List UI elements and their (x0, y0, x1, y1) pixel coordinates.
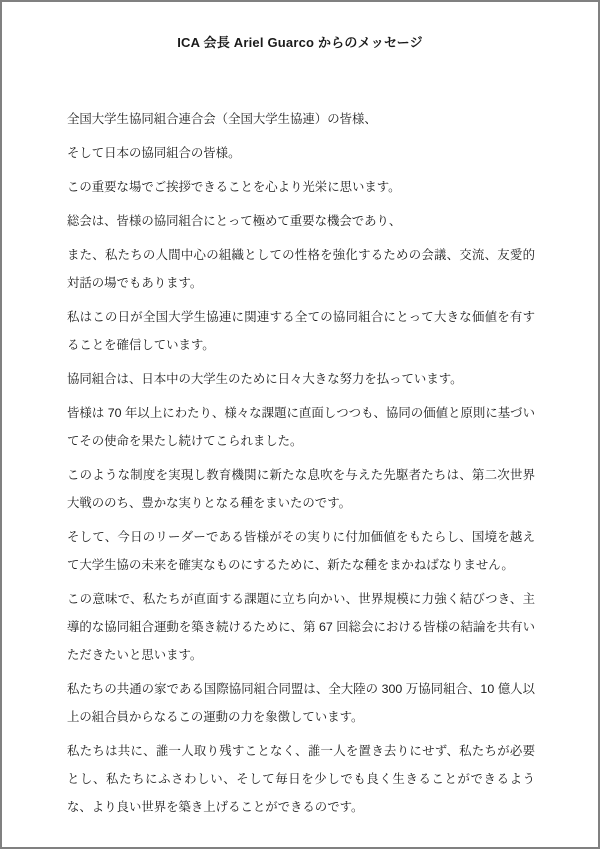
paragraph: 総会は、皆様の協同組合にとって極めて重要な機会であり、 (67, 207, 535, 235)
paragraph: 皆様は 70 年以上にわたり、様々な課題に直面しつつも、協同の価値と原則に基づい… (67, 399, 535, 455)
paragraph: この重要な場でご挨拶できることを心より光栄に思います。 (67, 173, 535, 201)
paragraph: また、私たちの人間中心の組織としての性格を強化するための会議、交流、友愛的対話の… (67, 241, 535, 297)
paragraph: 私たちの共通の家である国際協同組合同盟は、全大陸の 300 万協同組合、10 億… (67, 675, 535, 731)
paragraph: 全国大学生協同組合連合会（全国大学生協連）の皆様、 (67, 105, 535, 133)
document-page: ICA 会長 Ariel Guarco からのメッセージ 全国大学生協同組合連合… (0, 0, 600, 849)
paragraph: そして日本の協同組合の皆様。 (67, 139, 535, 167)
page-title: ICA 会長 Ariel Guarco からのメッセージ (2, 2, 598, 53)
paragraph: このような制度を実現し教育機関に新たな息吹を与えた先駆者たちは、第二次世界大戦の… (67, 461, 535, 517)
paragraph: この意味で、私たちが直面する課題に立ち向かい、世界規模に力強く結びつき、主導的な… (67, 585, 535, 669)
paragraph: 協同組合は、日本中の大学生のために日々大きな努力を払っています。 (67, 365, 535, 393)
paragraph: そして、今日のリーダーである皆様がその実りに付加価値をもたらし、国境を越えて大学… (67, 523, 535, 579)
paragraph: 私たちは共に、誰一人取り残すことなく、誰一人を置き去りにせず、私たちが必要とし、… (67, 737, 535, 821)
paragraph: 私はこの日が全国大学生協連に関連する全ての協同組合にとって大きな価値を有すること… (67, 303, 535, 359)
document-body: 全国大学生協同組合連合会（全国大学生協連）の皆様、そして日本の協同組合の皆様。こ… (2, 53, 598, 821)
